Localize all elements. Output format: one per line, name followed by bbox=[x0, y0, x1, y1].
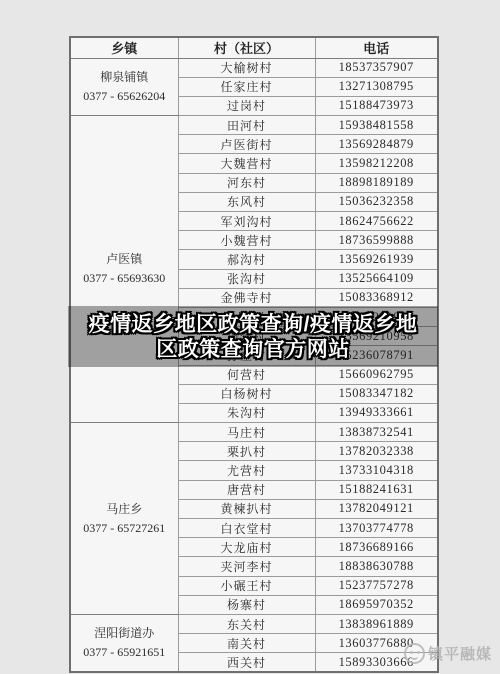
village-cell: 南关村 bbox=[178, 634, 315, 653]
phone-cell: 13569210958 bbox=[315, 327, 438, 346]
village-cell: 小碾王村 bbox=[178, 576, 315, 595]
table-body: 柳泉铺镇0377 - 65626204大榆树村18537357907任家庄村13… bbox=[70, 58, 438, 672]
table-row: 马庄乡0377 - 65727261马庄村13838732541 bbox=[70, 423, 438, 442]
phone-cell: 13838732541 bbox=[315, 423, 438, 442]
column-header-0: 乡镇 bbox=[70, 37, 178, 58]
village-cell: 军刘沟村 bbox=[178, 212, 315, 231]
phone-cell: 13271308795 bbox=[315, 77, 438, 96]
phone-cell: 18537357907 bbox=[315, 58, 438, 77]
township-phone: 0377 - 65626204 bbox=[71, 87, 178, 106]
column-header-2: 电话 bbox=[315, 37, 438, 58]
village-cell: 大魏营村 bbox=[178, 154, 315, 173]
township-name: 柳泉铺镇 bbox=[71, 68, 178, 87]
phone-cell: 15188473973 bbox=[315, 96, 438, 115]
village-cell: 白衣堂村 bbox=[178, 519, 315, 538]
phone-cell: 13838961889 bbox=[315, 614, 438, 633]
phone-cell: 18838630788 bbox=[315, 557, 438, 576]
phone-cell: 13569284879 bbox=[315, 135, 438, 154]
phone-cell: 15660962795 bbox=[315, 365, 438, 384]
phone-cell: 15237757278 bbox=[315, 576, 438, 595]
township-name: 马庄乡 bbox=[71, 500, 178, 519]
phone-cell: 15083347182 bbox=[315, 384, 438, 403]
table-row: 卢医镇0377 - 65693630田河村15938481558 bbox=[70, 116, 438, 135]
village-cell: 栗扒村 bbox=[178, 442, 315, 461]
watermark: 镇平融媒 bbox=[404, 643, 492, 664]
village-cell: 东关村 bbox=[178, 614, 315, 633]
phone-cell: 18898189189 bbox=[315, 173, 438, 192]
village-cell: 张沟村 bbox=[178, 269, 315, 288]
township-phone: 0377 - 65693630 bbox=[71, 269, 178, 288]
phone-cell: 15236078791 bbox=[315, 346, 438, 365]
village-cell: 大榆树村 bbox=[178, 58, 315, 77]
village-cell: 夹河李村 bbox=[178, 557, 315, 576]
township-name: 卢医镇 bbox=[71, 250, 178, 269]
township-cell: 涅阳街道办0377 - 65921651 bbox=[70, 614, 178, 672]
village-cell: 杨寨村 bbox=[178, 595, 315, 614]
township-cell: 卢医镇0377 - 65693630 bbox=[70, 116, 178, 423]
village-cell: 周营村 bbox=[178, 327, 315, 346]
phone-cell: 13598212208 bbox=[315, 154, 438, 173]
village-cell: 卢医街村 bbox=[178, 135, 315, 154]
phone-cell: 13782049121 bbox=[315, 499, 438, 518]
village-cell: 郝沟村 bbox=[178, 250, 315, 269]
phone-cell: 18695970352 bbox=[315, 595, 438, 614]
table-header-row: 乡镇村（社区）电话 bbox=[70, 37, 438, 58]
village-cell: 白杨树村 bbox=[178, 384, 315, 403]
village-cell: 孙庄村 bbox=[178, 346, 315, 365]
village-cell: 东风村 bbox=[178, 192, 315, 211]
phone-cell: 13949333661 bbox=[315, 403, 438, 422]
village-cell: 西关村 bbox=[178, 653, 315, 672]
village-cell: 何营村 bbox=[178, 365, 315, 384]
village-cell: 田河村 bbox=[178, 116, 315, 135]
contact-table: 乡镇村（社区）电话 柳泉铺镇0377 - 65626204大榆树村1853735… bbox=[69, 36, 439, 673]
phone-cell: 13782032338 bbox=[315, 442, 438, 461]
village-cell: 过岗村 bbox=[178, 96, 315, 115]
phone-cell: 13703774778 bbox=[315, 519, 438, 538]
township-name: 涅阳街道办 bbox=[71, 624, 178, 643]
table-row: 涅阳街道办0377 - 65921651东关村13838961889 bbox=[70, 614, 438, 633]
phone-cell: 13525664109 bbox=[315, 269, 438, 288]
screenshot-stage: 乡镇村（社区）电话 柳泉铺镇0377 - 65626204大榆树村1853735… bbox=[0, 0, 500, 674]
phone-cell: 13569261939 bbox=[315, 250, 438, 269]
village-cell: 唐营村 bbox=[178, 480, 315, 499]
village-cell: 马庄村 bbox=[178, 423, 315, 442]
village-cell: 黄楝扒村 bbox=[178, 499, 315, 518]
table-row: 柳泉铺镇0377 - 65626204大榆树村18537357907 bbox=[70, 58, 438, 77]
phone-cell: 15083368912 bbox=[315, 288, 438, 307]
phone-cell: 18736689166 bbox=[315, 538, 438, 557]
phone-cell: 13733104318 bbox=[315, 461, 438, 480]
phone-cell: 18737261940 bbox=[315, 307, 438, 326]
village-cell: 尤营村 bbox=[178, 461, 315, 480]
township-phone: 0377 - 65921651 bbox=[71, 643, 178, 662]
village-cell: 小魏营村 bbox=[178, 231, 315, 250]
watermark-text: 镇平融媒 bbox=[428, 643, 492, 664]
village-cell: 凉水泉村 bbox=[178, 307, 315, 326]
village-cell: 大龙庙村 bbox=[178, 538, 315, 557]
phone-cell: 15938481558 bbox=[315, 116, 438, 135]
township-cell: 马庄乡0377 - 65727261 bbox=[70, 423, 178, 615]
phone-cell: 15188241631 bbox=[315, 480, 438, 499]
phone-cell: 18736599888 bbox=[315, 231, 438, 250]
phone-cell: 15036232358 bbox=[315, 192, 438, 211]
media-logo-icon bbox=[404, 643, 425, 664]
column-header-1: 村（社区） bbox=[178, 37, 315, 58]
village-cell: 朱沟村 bbox=[178, 403, 315, 422]
phone-cell: 18624756622 bbox=[315, 212, 438, 231]
village-cell: 金佛寺村 bbox=[178, 288, 315, 307]
township-phone: 0377 - 65727261 bbox=[71, 519, 178, 538]
township-cell: 柳泉铺镇0377 - 65626204 bbox=[70, 58, 178, 116]
village-cell: 任家庄村 bbox=[178, 77, 315, 96]
village-cell: 河东村 bbox=[178, 173, 315, 192]
